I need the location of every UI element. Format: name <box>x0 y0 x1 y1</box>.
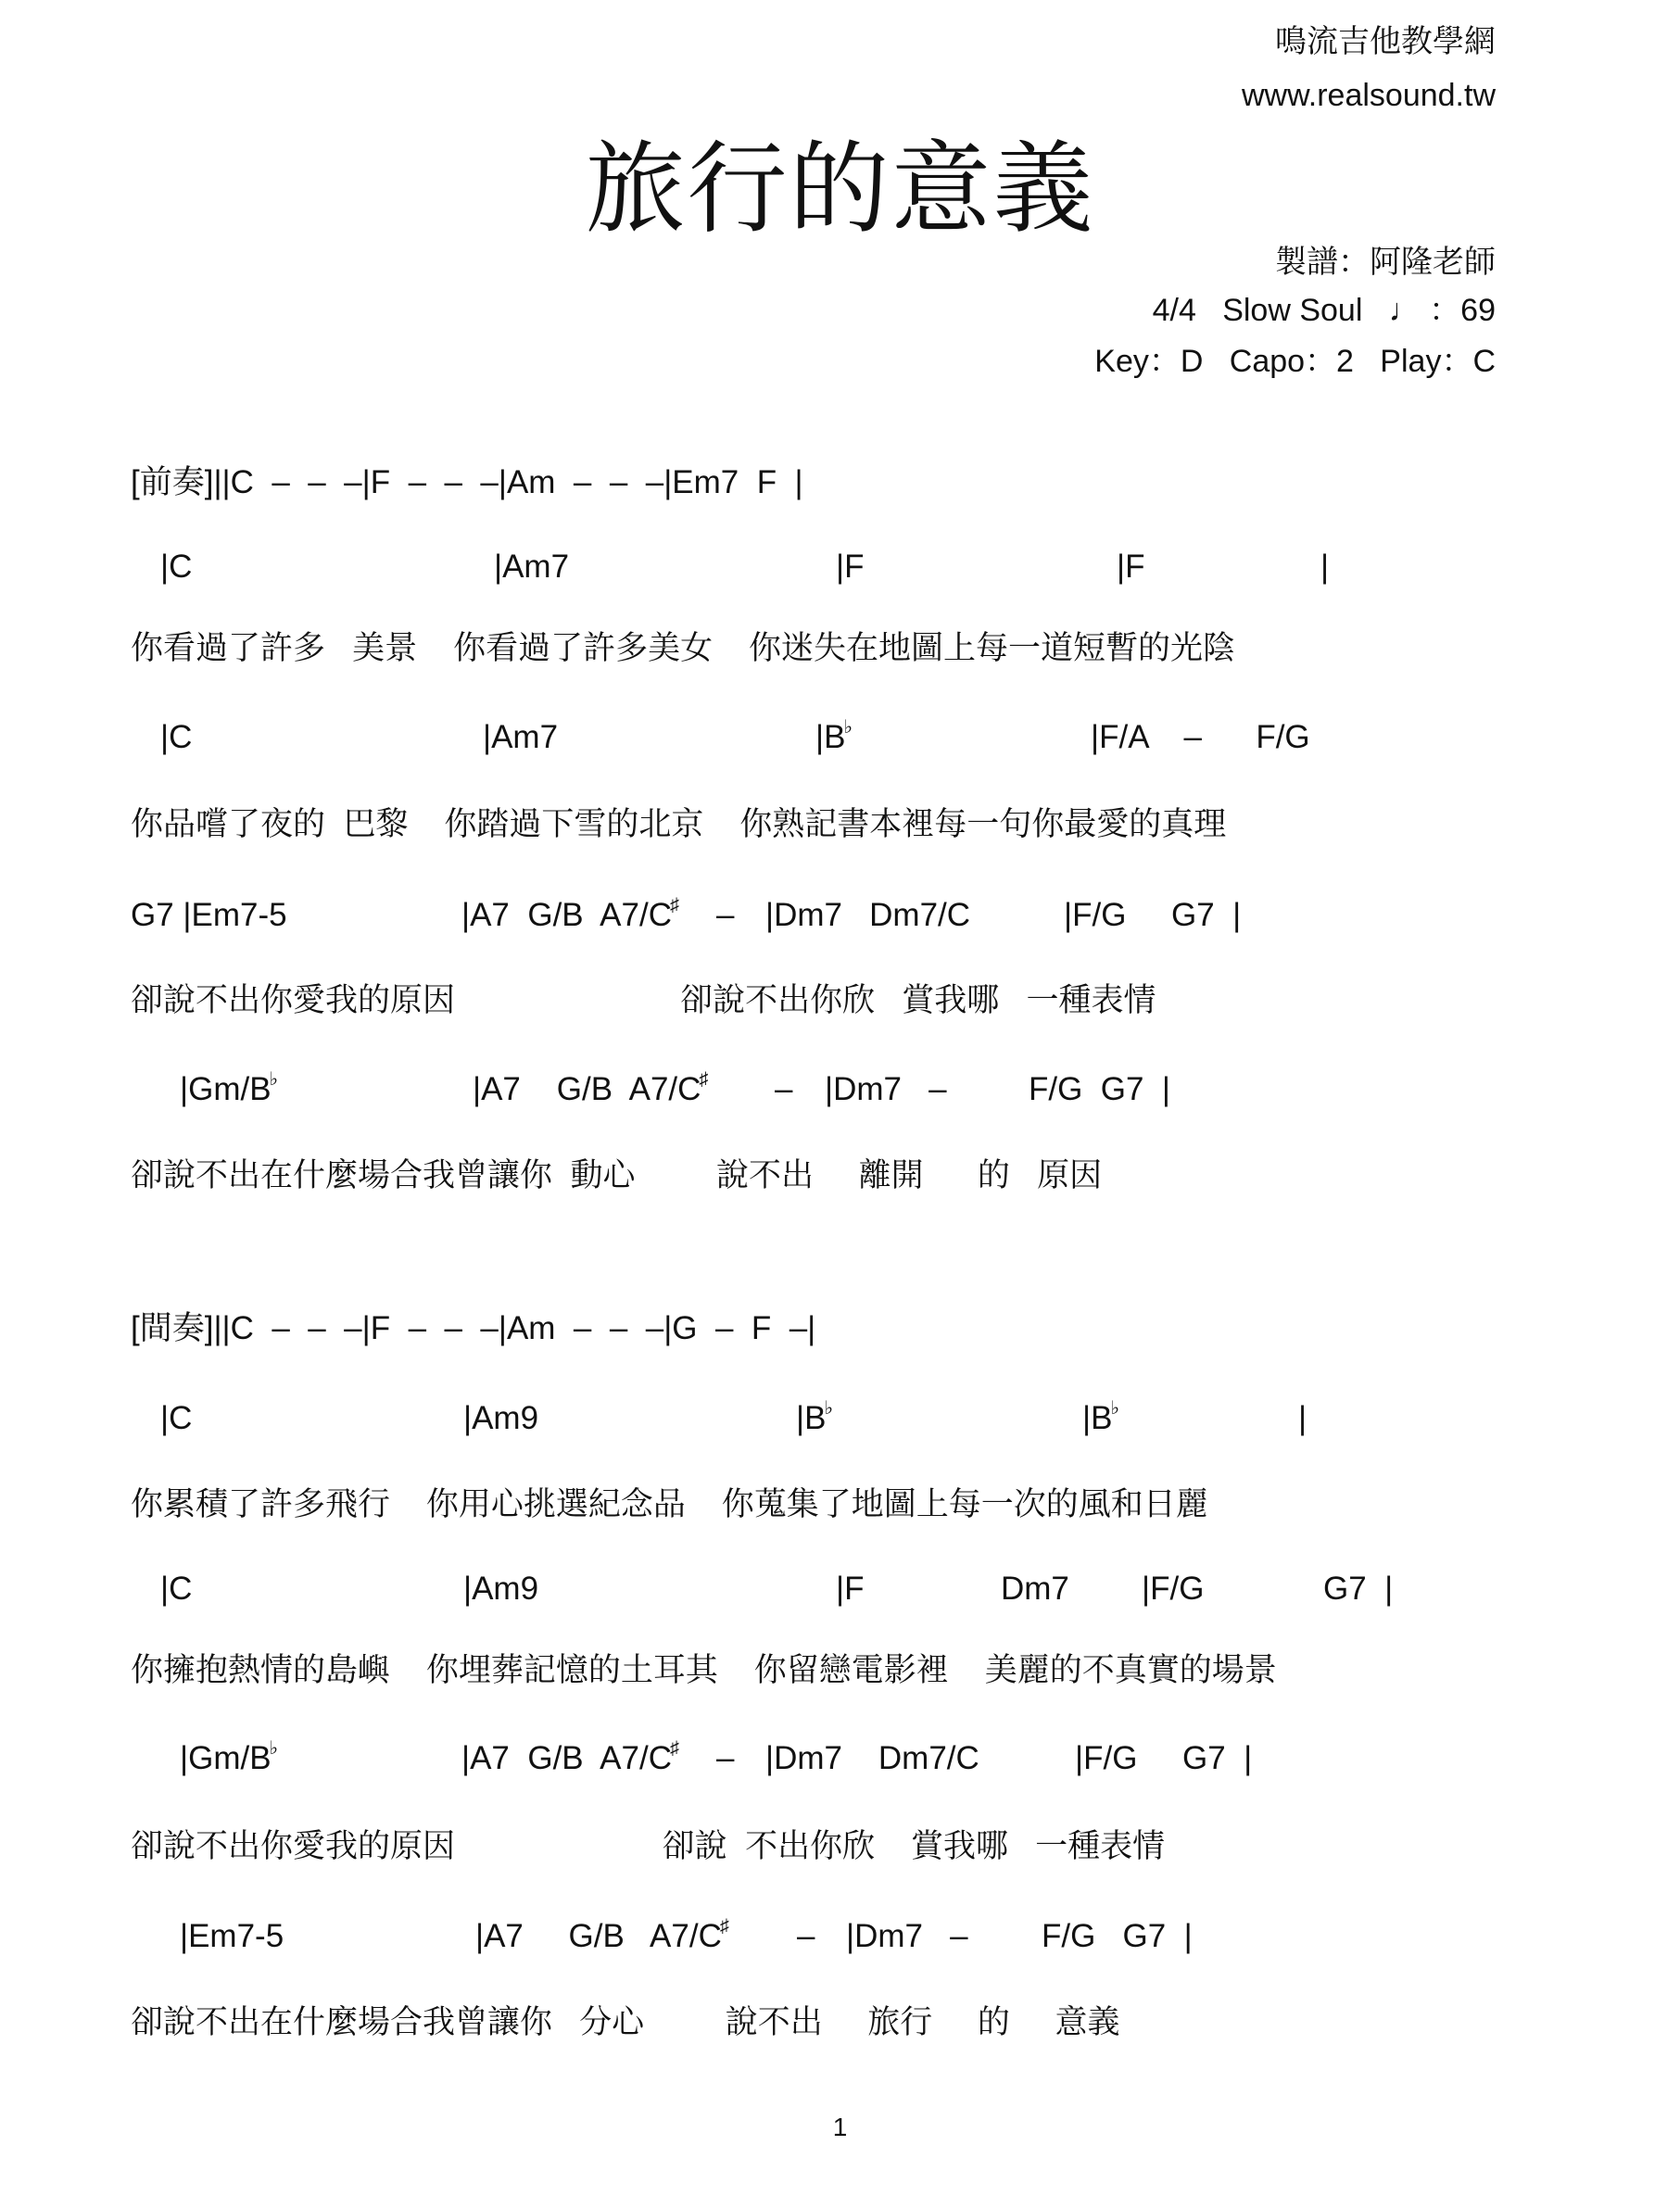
sharp-sign-icon: ♯ <box>670 1738 679 1759</box>
lyric-row: 卻說不出在什麼場合我曾讓你 分心 說不出 旅行 的 意義 <box>0 2002 1680 2043</box>
chord-row: |C|Am9|B♭|B♭| <box>0 1398 1680 1439</box>
chord-token: |B♭ <box>796 1398 833 1444</box>
chord-token: |A7 G/B A7/C♯ <box>473 1069 708 1115</box>
site-name: 鳴流吉他教學網 <box>1275 26 1496 57</box>
chord-row: [間奏]||C – – –|F – – –|Am – – –|G – F –| <box>0 1308 1680 1349</box>
lyric-text: 卻說不出在什麼場合我曾讓你 動心 說不出 離開 的 原因 <box>131 1155 1102 1196</box>
lyric-row: 卻說不出在什麼場合我曾讓你 動心 說不出 離開 的 原因 <box>0 1155 1680 1196</box>
arranger: 製譜：阿隆老師 <box>1275 246 1496 278</box>
lyric-text: 你擁抱熱情的島嶼 你埋葬記憶的土耳其 你留戀電影裡 美麗的不真實的場景 <box>131 1650 1277 1691</box>
chord-token: |F/G <box>1142 1569 1204 1609</box>
chord-token: |Em7-5 <box>180 1916 284 1957</box>
chord-token: F/G G7 | <box>1029 1069 1170 1110</box>
chord-token: – <box>797 1916 815 1957</box>
lyric-row: 你累積了許多飛行 你用心挑選紀念品 你蒐集了地圖上每一次的風和日麗 <box>0 1484 1680 1525</box>
chord-token: |F <box>836 1569 864 1609</box>
chord-token: [前奏]||C – – –|F – – –|Am – – –|Em7 F | <box>131 462 803 503</box>
chord-token: [間奏]||C – – –|F – – –|Am – – –|G – F –| <box>131 1308 815 1349</box>
chord-token: |A7 G/B A7/C♯ <box>461 895 679 940</box>
lyric-text: 卻說不出你愛我的原因 卻說不出你欣 賞我哪 一種表情 <box>131 980 1156 1021</box>
flat-sign-icon: ♭ <box>824 1398 832 1419</box>
chord-token: |F/G G7 | <box>1064 895 1241 936</box>
sharp-sign-icon: ♯ <box>699 1069 708 1090</box>
flat-sign-icon: ♭ <box>843 717 852 738</box>
chord-token: |Gm/B♭ <box>180 1738 278 1784</box>
chord-row: [前奏]||C – – –|F – – –|Am – – –|Em7 F | <box>0 462 1680 503</box>
lyric-text: 你累積了許多飛行 你用心挑選紀念品 你蒐集了地圖上每一次的風和日麗 <box>131 1484 1208 1525</box>
chord-token: |F <box>1117 547 1144 587</box>
lyric-row: 卻說不出你愛我的原因 卻說不出你欣 賞我哪 一種表情 <box>0 980 1680 1021</box>
chord-token: |B♭ <box>1082 1398 1119 1444</box>
chord-row: |Gm/B♭|A7 G/B A7/C♯–|Dm7 Dm7/C|F/G G7 | <box>0 1738 1680 1779</box>
chord-row: |Gm/B♭|A7 G/B A7/C♯–|Dm7 –F/G G7 | <box>0 1069 1680 1110</box>
chord-token: | <box>1298 1398 1307 1439</box>
lyric-row: 你品嚐了夜的 巴黎 你踏過下雪的北京 你熟記書本裡每一句你最愛的真理 <box>0 804 1680 845</box>
chord-token: |Am9 <box>463 1398 538 1439</box>
key-info: Key：D Capo：2 Play：C <box>1094 346 1496 377</box>
page-number: 1 <box>0 2114 1680 2140</box>
lyric-row: 你看過了許多 美景 你看過了許多美女 你迷失在地圖上每一道短暫的光陰 <box>0 628 1680 669</box>
chord-token: Dm7 <box>1001 1569 1069 1609</box>
chord-token: |C <box>160 1398 192 1439</box>
lyric-row: 卻說不出你愛我的原因 卻說 不出你欣 賞我哪 一種表情 <box>0 1826 1680 1867</box>
chord-token: |Am7 <box>494 547 569 587</box>
chord-token: |Am9 <box>463 1569 538 1609</box>
tempo-info: 4/4 Slow Soul ♩ ：69 <box>1153 295 1496 326</box>
flat-sign-icon: ♭ <box>270 1069 278 1090</box>
flat-sign-icon: ♭ <box>1110 1398 1118 1419</box>
chord-token: |Am7 <box>483 717 558 758</box>
chord-token: F/G G7 | <box>1042 1916 1193 1957</box>
chord-token: G7 |Em7-5 <box>131 895 287 936</box>
lyric-row: 你擁抱熱情的島嶼 你埋葬記憶的土耳其 你留戀電影裡 美麗的不真實的場景 <box>0 1650 1680 1691</box>
lyric-text: 你品嚐了夜的 巴黎 你踏過下雪的北京 你熟記書本裡每一句你最愛的真理 <box>131 804 1226 845</box>
chord-token: |C <box>160 717 192 758</box>
chord-token: – <box>775 1069 792 1110</box>
chord-token: |Dm7 – <box>825 1069 947 1110</box>
chord-row: |Em7-5|A7 G/B A7/C♯–|Dm7 –F/G G7 | <box>0 1916 1680 1957</box>
site-url[interactable]: www.realsound.tw <box>1242 80 1496 111</box>
chord-token: |Dm7 Dm7/C <box>765 1738 979 1779</box>
chord-token: | <box>1320 547 1329 587</box>
chord-token: |F/A – F/G <box>1091 717 1310 758</box>
chord-token: |C <box>160 547 192 587</box>
chord-token: |A7 G/B A7/C♯ <box>475 1916 729 1962</box>
flat-sign-icon: ♭ <box>270 1738 278 1759</box>
chord-token: |A7 G/B A7/C♯ <box>461 1738 679 1784</box>
sharp-sign-icon: ♯ <box>670 895 679 915</box>
lyric-text: 卻說不出在什麼場合我曾讓你 分心 說不出 旅行 的 意義 <box>131 2002 1120 2043</box>
chord-token: |Dm7 Dm7/C <box>765 895 970 936</box>
chord-token: |C <box>160 1569 192 1609</box>
chord-row: |C|Am9|FDm7|F/GG7 | <box>0 1569 1680 1609</box>
chord-token: |F <box>836 547 864 587</box>
chord-token: |F/G G7 | <box>1075 1738 1252 1779</box>
chord-token: G7 | <box>1323 1569 1393 1609</box>
chord-row: |C|Am7|B♭|F/A – F/G <box>0 717 1680 758</box>
chord-token: |Dm7 – <box>846 1916 968 1957</box>
chord-row: G7 |Em7-5|A7 G/B A7/C♯–|Dm7 Dm7/C|F/G G7… <box>0 895 1680 936</box>
sharp-sign-icon: ♯ <box>720 1916 729 1937</box>
chord-token: – <box>716 1738 734 1779</box>
lyric-text: 卻說不出你愛我的原因 卻說 不出你欣 賞我哪 一種表情 <box>131 1826 1165 1867</box>
chord-token: |Gm/B♭ <box>180 1069 278 1115</box>
chord-token: – <box>716 895 734 936</box>
lyric-text: 你看過了許多 美景 你看過了許多美女 你迷失在地圖上每一道短暫的光陰 <box>131 628 1235 669</box>
chord-token: |B♭ <box>815 717 853 763</box>
song-title: 旅行的意義 <box>0 139 1680 239</box>
chord-row: |C|Am7|F|F| <box>0 547 1680 587</box>
